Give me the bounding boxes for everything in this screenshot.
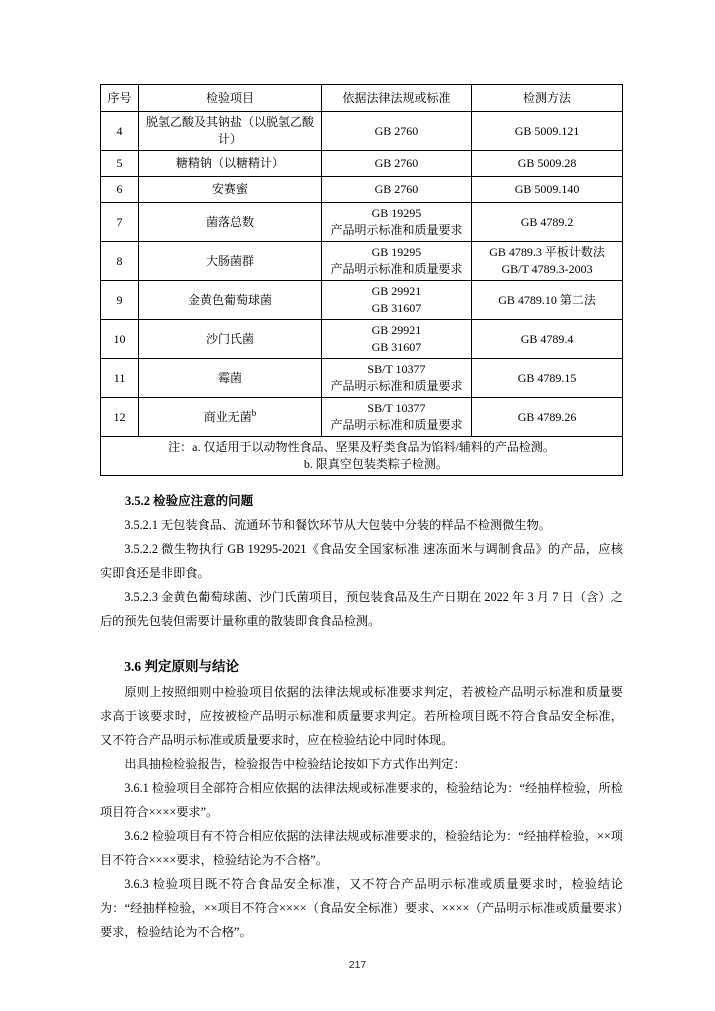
table-row: 6 安赛蜜 GB 2760 GB 5009.140	[101, 177, 623, 203]
row-method-cell: GB 4789.26	[472, 398, 623, 437]
row-item-cell: 金黄色葡萄球菌	[139, 281, 322, 320]
table-row: 5 糖精钠（以糖精计） GB 2760 GB 5009.28	[101, 151, 623, 177]
page-number: 217	[0, 959, 715, 971]
row-number-cell: 9	[101, 281, 139, 320]
row-number-cell: 11	[101, 359, 139, 398]
paragraph-3-5-2-1: 3.5.2.1 无包装食品、流通环节和餐饮环节从大包装中分装的样品不检测微生物。	[100, 513, 623, 537]
paragraph-3-6-report: 出具抽检检验报告，检验报告中检验结论按如下方式作出判定：	[100, 752, 623, 776]
row-number-cell: 8	[101, 242, 139, 281]
row-method-cell: GB 5009.121	[472, 112, 623, 151]
table-notes-row: 注：a. 仅适用于以动物性食品、坚果及籽类食品为馅料/辅料的产品检测。 b. 限…	[101, 437, 623, 476]
paragraph-3-6-1: 3.6.1 检验项目全部符合相应依据的法律法规或标准要求的，检验结论为：“经抽样…	[100, 776, 623, 824]
row-basis-cell: SB/T 10377产品明示标准和质量要求	[321, 359, 471, 398]
row-method-cell: GB 5009.28	[472, 151, 623, 177]
row-basis-cell: GB 2760	[321, 151, 471, 177]
table-row: 7 菌落总数 GB 19295产品明示标准和质量要求 GB 4789.2	[101, 203, 623, 242]
column-header-no: 序号	[101, 85, 139, 112]
row-item-cell: 糖精钠（以糖精计）	[139, 151, 322, 177]
section-heading-3-6: 3.6 判定原则与结论	[100, 654, 623, 680]
row-basis-cell: GB 29921GB 31607	[321, 281, 471, 320]
row-basis-cell: GB 19295产品明示标准和质量要求	[321, 242, 471, 281]
row-method-cell: GB 4789.2	[472, 203, 623, 242]
table-notes-cell: 注：a. 仅适用于以动物性食品、坚果及籽类食品为馅料/辅料的产品检测。 b. 限…	[101, 437, 623, 476]
row-method-cell: GB 4789.10 第二法	[472, 281, 623, 320]
row-basis-cell: SB/T 10377产品明示标准和质量要求	[321, 398, 471, 437]
row-basis-cell: GB 19295产品明示标准和质量要求	[321, 203, 471, 242]
table-row: 10 沙门氏菌 GB 29921GB 31607 GB 4789.4	[101, 320, 623, 359]
row-basis-cell: GB 2760	[321, 177, 471, 203]
row-number-cell: 5	[101, 151, 139, 177]
document-page: 序号 检验项目 依据法律法规或标准 检测方法 4 脱氢乙酸及其钠盐（以脱氢乙酸计…	[0, 0, 715, 1011]
table-row: 4 脱氢乙酸及其钠盐（以脱氢乙酸计） GB 2760 GB 5009.121	[101, 112, 623, 151]
row-item-cell: 霉菌	[139, 359, 322, 398]
paragraph-3-5-2-2: 3.5.2.2 微生物执行 GB 19295-2021《食品安全国家标准 速冻面…	[100, 537, 623, 585]
row-basis-cell: GB 2760	[321, 112, 471, 151]
row-item-cell: 菌落总数	[139, 203, 322, 242]
paragraph-3-6-3: 3.6.3 检验项目既不符合食品安全标准，又不符合产品明示标准或质量要求时，检验…	[100, 872, 623, 944]
inspection-items-table: 序号 检验项目 依据法律法规或标准 检测方法 4 脱氢乙酸及其钠盐（以脱氢乙酸计…	[100, 84, 623, 476]
row-method-cell: GB 4789.4	[472, 320, 623, 359]
row-number-cell: 12	[101, 398, 139, 437]
table-row: 11 霉菌 SB/T 10377产品明示标准和质量要求 GB 4789.15	[101, 359, 623, 398]
row-method-cell: GB 5009.140	[472, 177, 623, 203]
section-heading-3-5-2: 3.5.2 检验应注意的问题	[100, 489, 623, 513]
row-method-cell: GB 4789.15	[472, 359, 623, 398]
table-row: 12 商业无菌b SB/T 10377产品明示标准和质量要求 GB 4789.2…	[101, 398, 623, 437]
paragraph-3-6-intro: 原则上按照细则中检验项目依据的法律法规或标准要求判定，若被检产品明示标准和质量要…	[100, 680, 623, 752]
page-content: 序号 检验项目 依据法律法规或标准 检测方法 4 脱氢乙酸及其钠盐（以脱氢乙酸计…	[100, 84, 623, 944]
row-number-cell: 7	[101, 203, 139, 242]
paragraph-3-5-2-3: 3.5.2.3 金黄色葡萄球菌、沙门氏菌项目，预包装食品及生产日期在 2022 …	[100, 585, 623, 633]
row-item-cell: 安赛蜜	[139, 177, 322, 203]
row-item-cell: 脱氢乙酸及其钠盐（以脱氢乙酸计）	[139, 112, 322, 151]
table-header-row: 序号 检验项目 依据法律法规或标准 检测方法	[101, 85, 623, 112]
table-note-a: 注：a. 仅适用于以动物性食品、坚果及籽类食品为馅料/辅料的产品检测。	[105, 439, 618, 456]
column-header-item: 检验项目	[139, 85, 322, 112]
table-note-b: b. 限真空包装类粽子检测。	[105, 456, 618, 473]
row-item-cell: 商业无菌b	[139, 398, 322, 437]
row-item-cell: 大肠菌群	[139, 242, 322, 281]
paragraph-3-6-2: 3.6.2 检验项目有不符合相应依据的法律法规或标准要求的，检验结论为：“经抽样…	[100, 824, 623, 872]
body-text: 3.5.2 检验应注意的问题 3.5.2.1 无包装食品、流通环节和餐饮环节从大…	[100, 489, 623, 944]
table-body: 4 脱氢乙酸及其钠盐（以脱氢乙酸计） GB 2760 GB 5009.121 5…	[101, 112, 623, 437]
row-method-cell: GB 4789.3 平板计数法GB/T 4789.3-2003	[472, 242, 623, 281]
row-number-cell: 4	[101, 112, 139, 151]
table-row: 9 金黄色葡萄球菌 GB 29921GB 31607 GB 4789.10 第二…	[101, 281, 623, 320]
row-number-cell: 6	[101, 177, 139, 203]
column-header-basis: 依据法律法规或标准	[321, 85, 471, 112]
column-header-method: 检测方法	[472, 85, 623, 112]
row-basis-cell: GB 29921GB 31607	[321, 320, 471, 359]
row-number-cell: 10	[101, 320, 139, 359]
table-row: 8 大肠菌群 GB 19295产品明示标准和质量要求 GB 4789.3 平板计…	[101, 242, 623, 281]
row-item-cell: 沙门氏菌	[139, 320, 322, 359]
